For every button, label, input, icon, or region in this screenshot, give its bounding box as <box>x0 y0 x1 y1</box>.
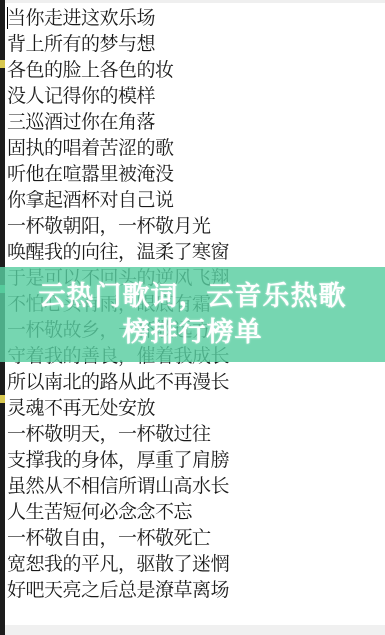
lyric-line: 人生苦短何必念念不忘 <box>7 499 229 525</box>
banner-title: 云热门歌词，云音乐热歌榜排行榜单 <box>28 279 358 351</box>
lyric-line: 你拿起酒杯对自己说 <box>7 187 229 213</box>
bottom-edge <box>5 625 385 635</box>
title-banner-overlay: 云热门歌词，云音乐热歌榜排行榜单 <box>0 267 385 362</box>
lyric-line: 三巡酒过你在角落 <box>7 109 229 135</box>
lyric-line: 固执的唱着苦涩的歌 <box>7 135 229 161</box>
lyric-line: 好吧天亮之后总是潦草离场 <box>7 577 229 603</box>
top-edge <box>0 0 385 3</box>
lyric-line: 灵魂不再无处安放 <box>7 395 229 421</box>
edge-marker <box>0 60 5 68</box>
edge-marker <box>0 395 5 403</box>
lyric-line: 所以南北的路从此不再漫长 <box>7 369 229 395</box>
lyric-line: 当你走进这欢乐场 <box>7 5 229 31</box>
lyric-line: 一杯敬自由，一杯敬死亡 <box>7 525 229 551</box>
lyric-line: 各色的脸上各色的妆 <box>7 57 229 83</box>
lyric-line: 背上所有的梦与想 <box>7 31 229 57</box>
lyric-line: 一杯敬朝阳，一杯敬月光 <box>7 213 229 239</box>
lyric-line: 宽恕我的平凡，驱散了迷惘 <box>7 551 229 577</box>
lyric-line: 没人记得你的模样 <box>7 83 229 109</box>
lyric-line: 听他在喧嚣里被淹没 <box>7 161 229 187</box>
lyric-line: 唤醒我的向往，温柔了寒窗 <box>7 239 229 265</box>
lyric-line: 支撑我的身体，厚重了肩膀 <box>7 447 229 473</box>
lyric-line: 虽然从不相信所谓山高水长 <box>7 473 229 499</box>
lyric-line: 一杯敬明天，一杯敬过往 <box>7 421 229 447</box>
